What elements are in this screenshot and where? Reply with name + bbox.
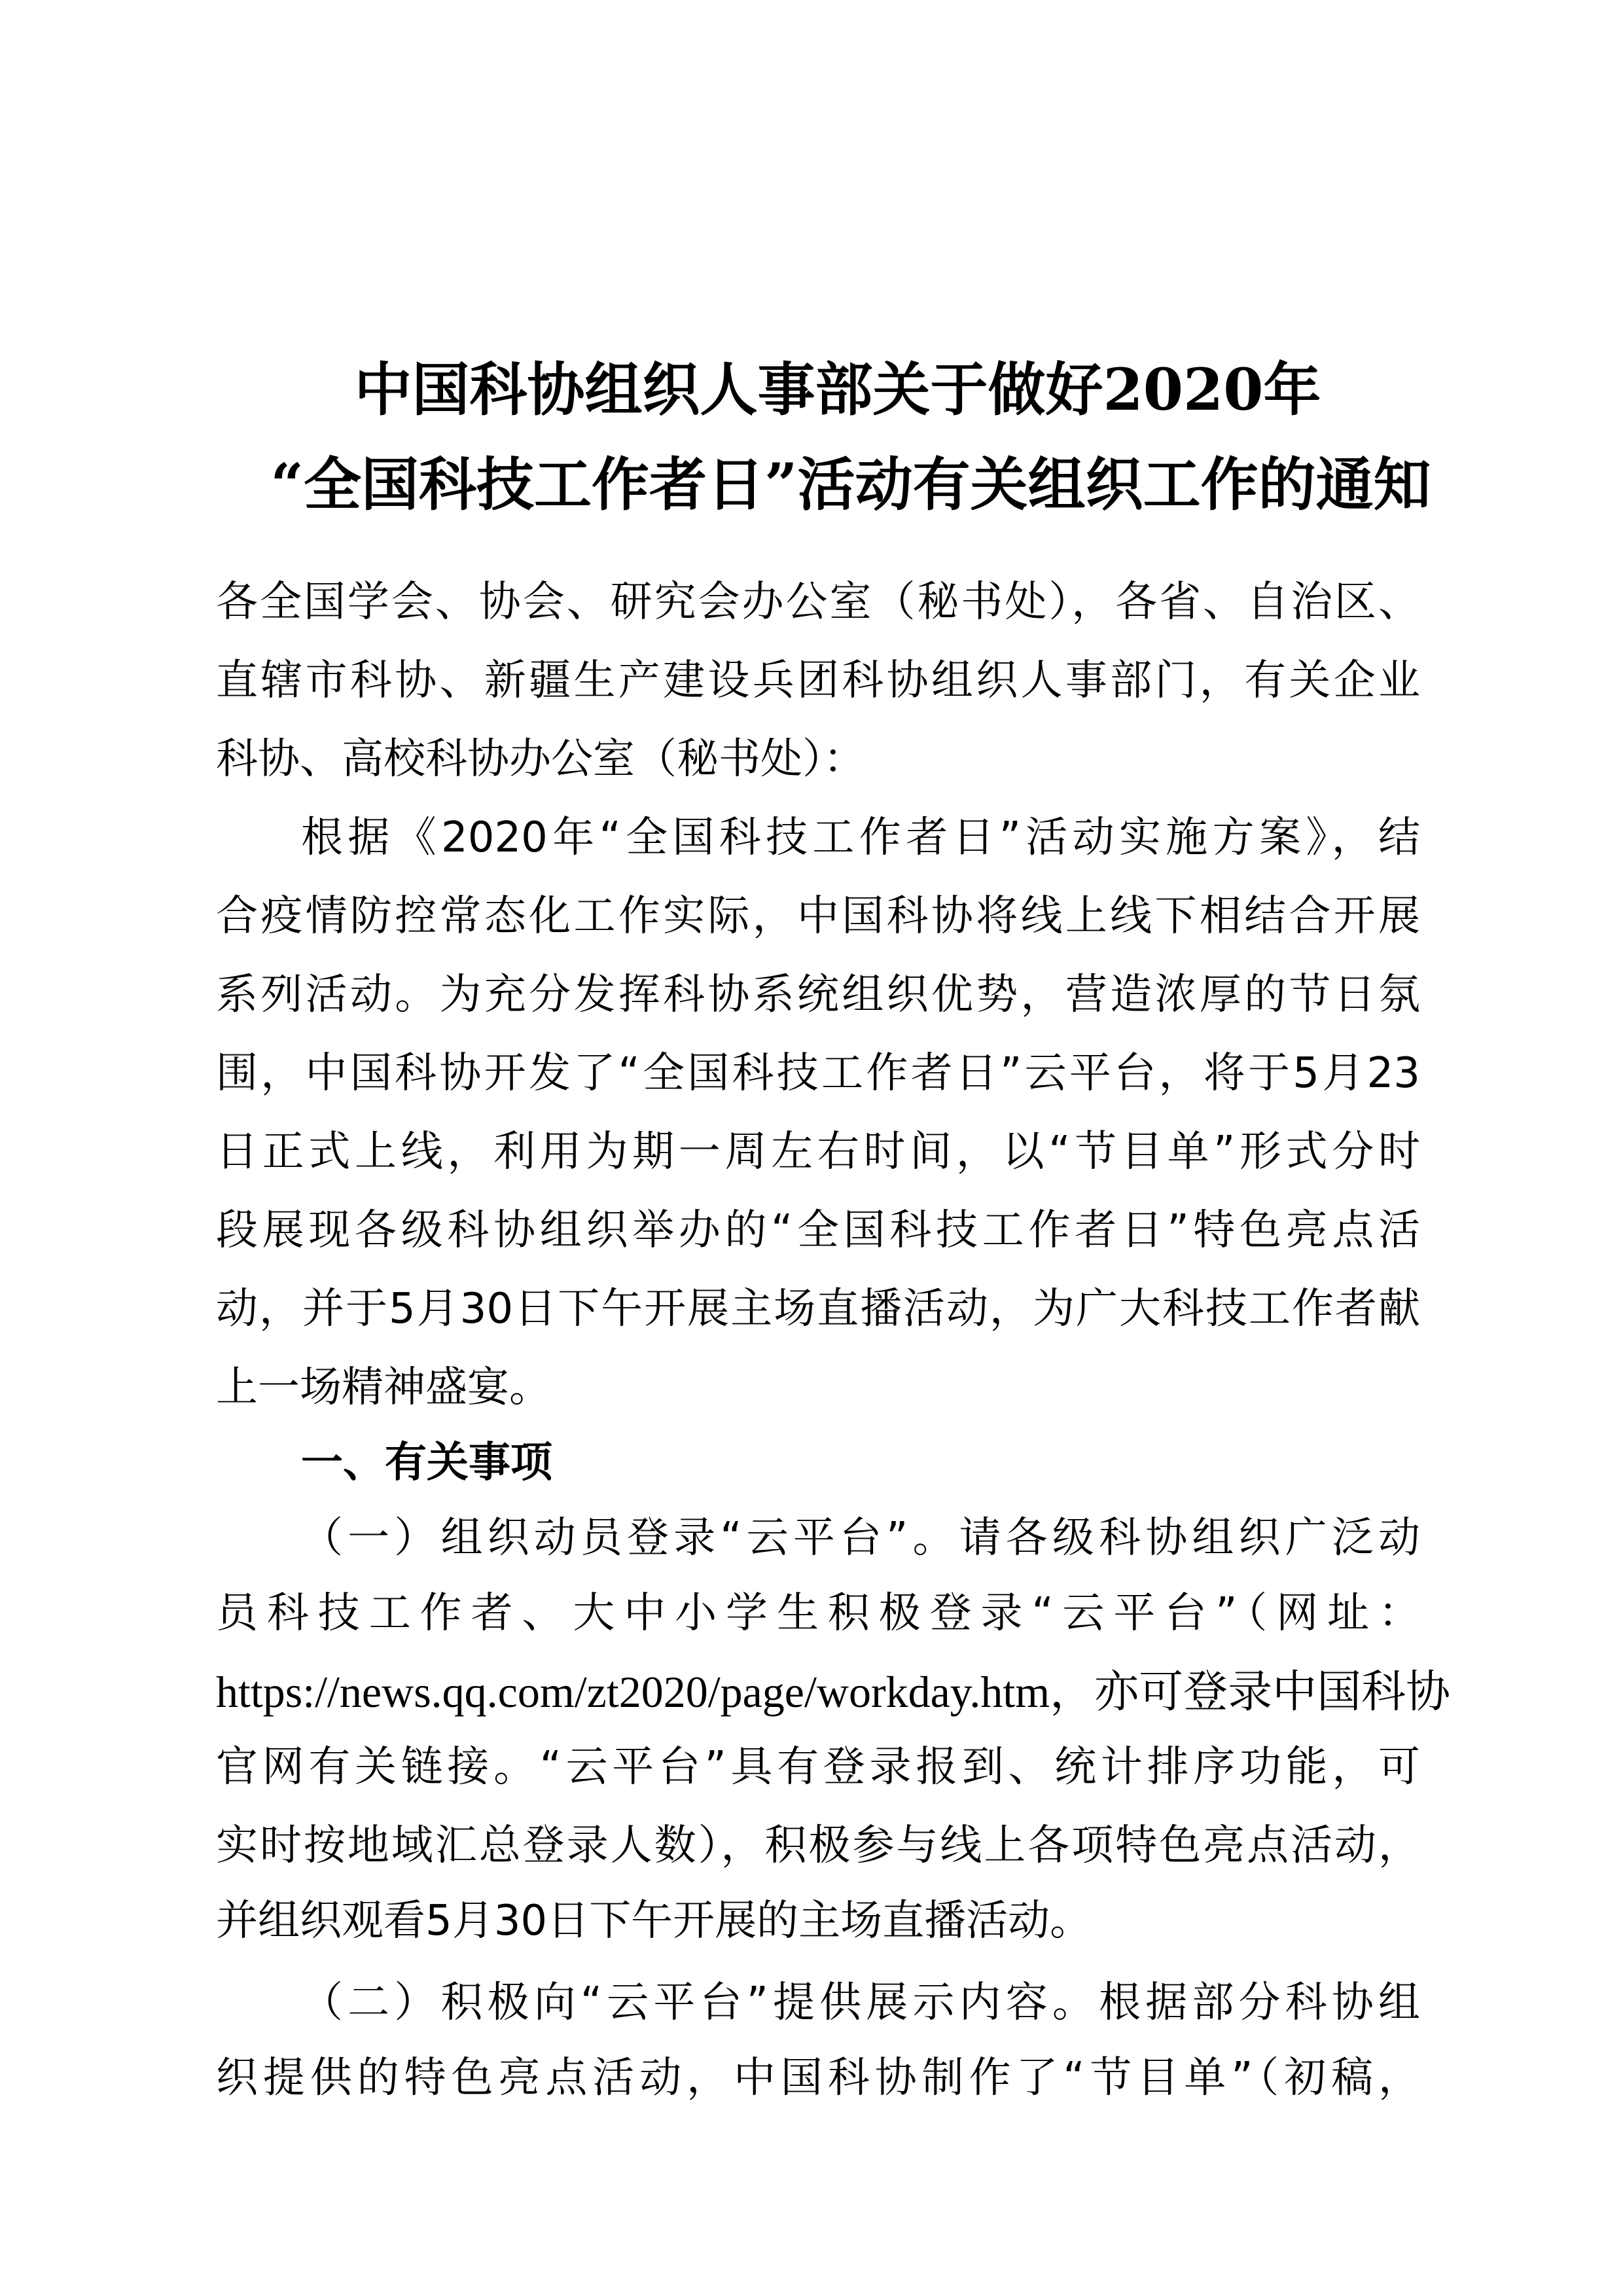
intro-paragraph-line: 日正式上线，利用为期一周左右时间，以“节目单”形式分时	[216, 1126, 1420, 1178]
intro-paragraph-line: 合疫情防控常态化工作实际，中国科协将线上线下相结合开展	[216, 890, 1420, 942]
item1-line: 并组织观看5月30日下午开展的主场直播活动。	[216, 1895, 1420, 1947]
addressee-line: 科协、高校科协办公室（秘书处）：	[216, 733, 1420, 785]
document-title-line-1: 中国科协组织人事部关于做好2020年	[26, 357, 1623, 422]
item1-line: 实时按地域汇总登录人数），积极参与线上各项特色亮点活动，	[216, 1820, 1420, 1872]
document-title-line-2: “全国科技工作者日”活动有关组织工作的通知	[39, 452, 1623, 517]
section-heading: 一、有关事项	[301, 1437, 1420, 1489]
intro-paragraph-line: 系列活动。为充分发挥科协系统组织优势，营造浓厚的节日氛	[216, 969, 1420, 1021]
addressee-line: 各全国学会、协会、研究会办公室（秘书处），各省、自治区、	[216, 576, 1420, 628]
item2-line: （二）积极向“云平台”提供展示内容。根据部分科协组	[301, 1977, 1420, 2029]
intro-paragraph-line: 上一场精神盛宴。	[216, 1361, 1420, 1414]
addressee-line: 直辖市科协、新疆生产建设兵团科协组织人事部门，有关企业	[216, 655, 1420, 707]
intro-paragraph-line: 围，中国科协开发了“全国科技工作者日”云平台，将于5月23	[216, 1047, 1420, 1100]
item1-url-line: https://news.qq.com/zt2020/page/workday.…	[216, 1666, 1420, 1718]
item1-line: （一）组织动员登录“云平台”。请各级科协组织广泛动	[301, 1512, 1420, 1564]
item1-line: 员科技工作者、大中小学生积极登录“云平台”（网址：	[216, 1587, 1420, 1640]
document-page: 中国科协组织人事部关于做好2020年 “全国科技工作者日”活动有关组织工作的通知…	[0, 0, 1623, 2296]
item1-line: 官网有关链接。“云平台”具有登录报到、统计排序功能，可	[216, 1741, 1420, 1793]
intro-paragraph-line: 段展现各级科协组织举办的“全国科技工作者日”特色亮点活	[216, 1204, 1420, 1257]
intro-paragraph-line: 根据《2020年“全国科技工作者日”活动实施方案》，结	[301, 812, 1420, 864]
item2-line: 织提供的特色亮点活动，中国科协制作了“节目单”（初稿，	[216, 2052, 1420, 2104]
intro-paragraph-line: 动，并于5月30日下午开展主场直播活动，为广大科技工作者献	[216, 1283, 1420, 1335]
